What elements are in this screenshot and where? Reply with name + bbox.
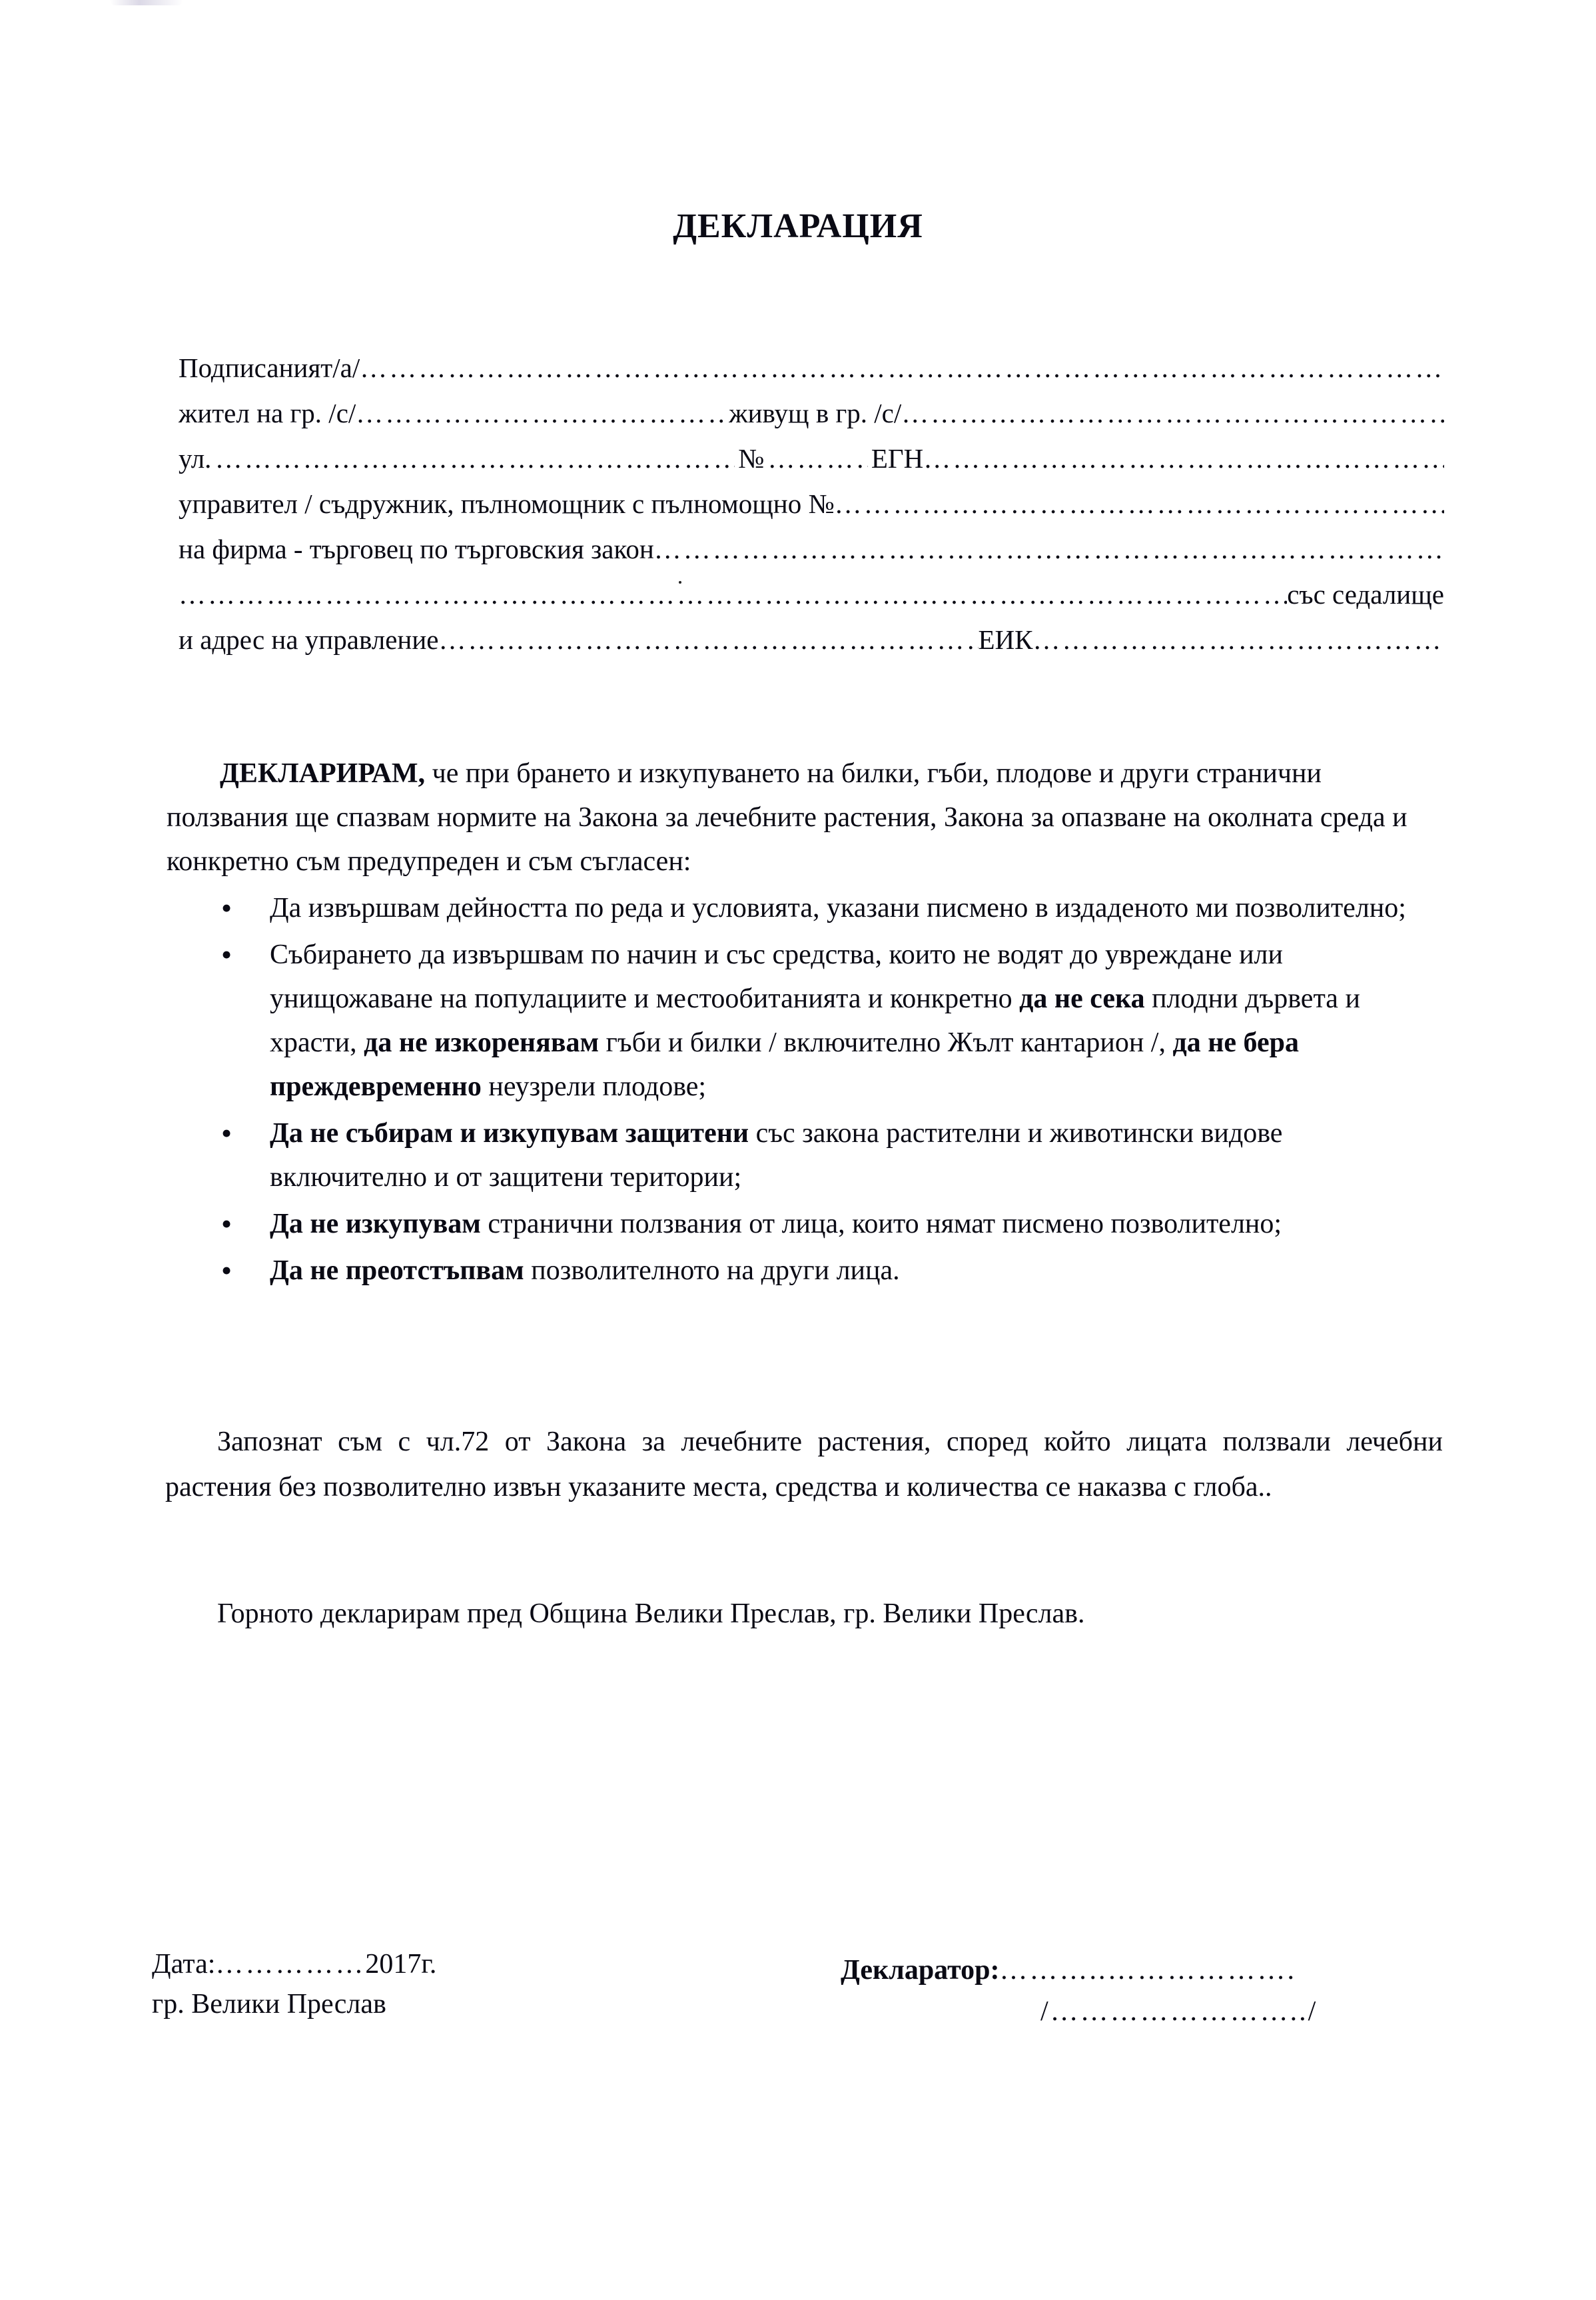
declarant-label: Декларатор: [841,1955,1000,1986]
signature-block: Декларатор:………..………………. /……………………../ [841,1950,1318,2032]
list-item: • Да извършвам дейността по реда и услов… [167,886,1442,930]
declarant-line: Декларатор:………..………………. [841,1950,1318,1991]
rule-emphasis: да не сека [1019,983,1144,1014]
obligations-list: • Да извършвам дейността по реда и услов… [167,886,1442,1293]
rule-text: Да извършвам дейността по реда и условия… [270,893,1406,923]
seat-line: със седалище [179,572,1444,617]
egn-field[interactable] [923,436,1444,481]
bullet-icon: • [221,1111,232,1155]
egn-label: ЕГН [871,436,923,481]
declare-keyword: ДЕКЛАРИРАМ, [220,758,425,789]
residence-line: жител на гр. /с/ живущ в гр. /с/ [179,390,1444,436]
company-name-continued-field[interactable] [179,572,1287,617]
number-label: № [738,436,764,481]
rule-emphasis: да не изкоренявам [364,1027,599,1058]
rule-text: странични ползвания от лица, които нямат… [481,1209,1282,1239]
signature-field[interactable]: ………..………………. [1000,1955,1297,1986]
rule-emphasis: Да не преотстъпвам [270,1255,524,1286]
signed-label: Подписаният/а/ [179,345,360,390]
rule-text: неузрели плодове; [482,1071,706,1102]
power-of-attorney-number-field[interactable] [835,481,1444,526]
eik-field[interactable] [1033,617,1444,662]
list-item: • Да не събирам и изкупувам защитени със… [167,1111,1442,1199]
scan-speck [679,581,681,584]
list-item: • Да не изкупувам странични ползвания от… [167,1202,1442,1246]
street-field[interactable] [215,436,735,481]
list-item: • Събирането да извършвам по начин и със… [167,933,1442,1109]
date-year: 2017г. [365,1949,436,1980]
bullet-icon: • [221,1202,232,1246]
company-name-field[interactable] [654,526,1444,572]
place-line: гр. Велики Преслав [152,1984,436,2024]
bullet-icon: • [221,1249,232,1293]
resident-city-field[interactable] [356,390,729,436]
bullet-icon: • [221,886,232,930]
date-field[interactable]: …………… [215,1949,365,1980]
declarant-details-form: Подписаният/а/ жител на гр. /с/ живущ в … [179,345,1444,662]
eik-label: ЕИК [979,617,1033,662]
rule-text: гъби и билки / включително Жълт кантарио… [599,1027,1172,1058]
resident-label: жител на гр. /с/ [179,390,356,436]
address-label: и адрес на управление [179,617,439,662]
street-number-field[interactable] [768,436,868,481]
date-place-block: Дата:……………2017г. гр. Велики Преслав [152,1944,436,2024]
management-address-field[interactable] [439,617,979,662]
role-label: управител / съдружник, пълномощник с пъл… [179,481,835,526]
declaration-intro: ДЕКЛАРИРАМ, че при брането и изкупуванет… [167,752,1442,883]
list-item: • Да не преотстъпвам позволителното на д… [167,1249,1442,1293]
rule-emphasis: Да не изкупувам [270,1209,481,1239]
living-city-field[interactable] [901,390,1444,436]
scan-artifact [110,0,183,5]
signed-line: Подписаният/а/ [179,345,1444,390]
role-line: управител / съдружник, пълномощник с пъл… [179,481,1444,526]
date-line: Дата:……………2017г. [152,1944,436,1984]
rule-emphasis: Да не събирам и изкупувам защитени [270,1118,749,1149]
living-label: живущ в гр. /с/ [729,390,901,436]
date-label: Дата: [152,1949,215,1980]
declaration-page: ДЕКЛАРАЦИЯ Подписаният/а/ жител на гр. /… [0,0,1596,2300]
company-label: на фирма - търговец по търговския закон [179,526,654,572]
declared-before-statement: Горното декларирам пред Община Велики Пр… [217,1598,1084,1630]
printed-name-field[interactable]: /……………………../ [841,1991,1318,2032]
bullet-icon: • [221,933,232,977]
declaration-body: ДЕКЛАРИРАМ, че при брането и изкупуванет… [167,752,1442,1293]
rule-text: позволителното на други лица. [524,1255,900,1286]
street-label: ул. [179,436,211,481]
seat-label: със седалище [1287,572,1444,617]
article-72-notice: Запознат съм с чл.72 от Закона за лечебн… [165,1419,1443,1510]
company-line: на фирма - търговец по търговския закон [179,526,1444,572]
street-line: ул. № ЕГН [179,436,1444,481]
address-line: и адрес на управление ЕИК [179,617,1444,662]
document-title: ДЕКЛАРАЦИЯ [0,207,1596,246]
signed-name-field[interactable] [360,345,1444,390]
